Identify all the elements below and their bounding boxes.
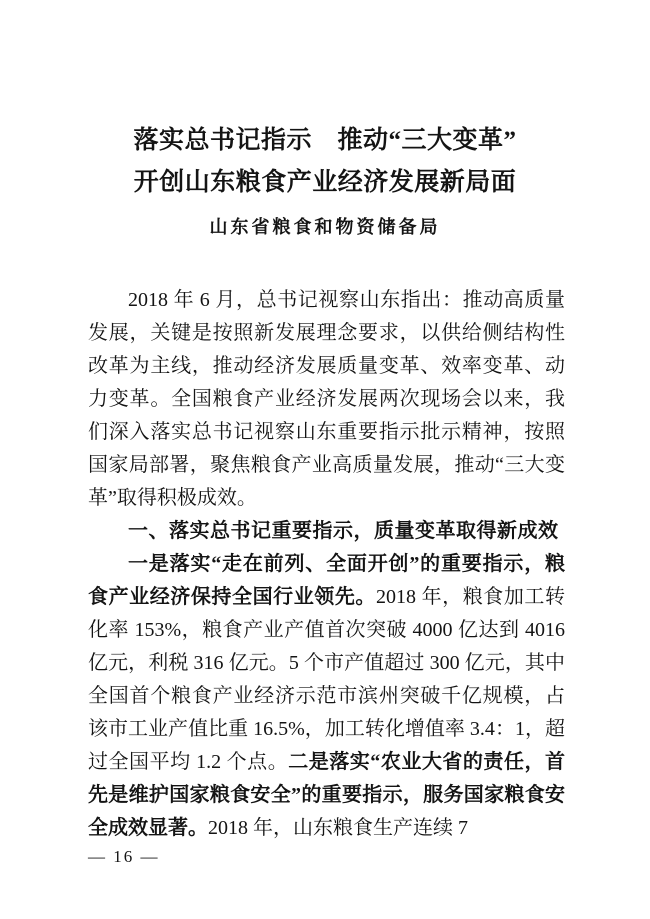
text-run: 2018 年，粮食加工转化率 153%，粮食产业产值首次突破 4000 亿达到 …	[88, 586, 565, 773]
document-body: 2018 年 6 月，总书记视察山东指出：推动高质量发展，关键是按照新发展理念要…	[88, 284, 565, 845]
document-title-line-2: 开创山东粮食产业经济发展新局面	[0, 162, 650, 204]
document-byline: 山东省粮食和物资储备局	[0, 214, 650, 240]
paragraph: 一是落实“走在前列、全面开创”的重要指示，粮食产业经济保持全国行业领先。2018…	[88, 548, 565, 845]
paragraph: 2018 年 6 月，总书记视察山东指出：推动高质量发展，关键是按照新发展理念要…	[88, 284, 565, 515]
page-number: — 16 —	[88, 847, 160, 867]
text-run: 2018 年 6 月，总书记视察山东指出：推动高质量发展，关键是按照新发展理念要…	[88, 289, 565, 509]
section-heading: 一、落实总书记重要指示，质量变革取得新成效	[88, 515, 565, 548]
document-title-line-1: 落实总书记指示 推动“三大变革”	[0, 120, 650, 162]
text-run: 2018 年，山东粮食生产连续 7	[208, 817, 468, 839]
document-page: 落实总书记指示 推动“三大变革” 开创山东粮食产业经济发展新局面 山东省粮食和物…	[0, 0, 650, 919]
text-run: 一、落实总书记重要指示，质量变革取得新成效	[128, 520, 559, 542]
document-header: 落实总书记指示 推动“三大变革” 开创山东粮食产业经济发展新局面 山东省粮食和物…	[0, 0, 650, 240]
